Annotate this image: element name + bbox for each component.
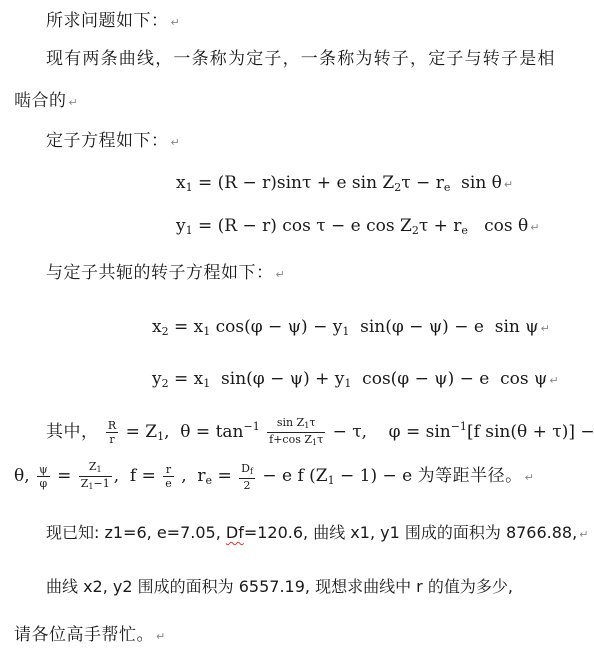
equation-x1: x1 = (R − r)sinτ + e sin Z2τ − re sin θ↵ [176, 172, 513, 199]
given-text: 曲线 x2, y2 围成的面积为 6557.19, 现想求曲线中 r 的值为多少… [46, 577, 513, 596]
frac-den: f+cos Z1τ [267, 433, 325, 449]
eq-x2-lhs: x [152, 317, 162, 337]
paragraph-mark-icon: ↵ [525, 471, 534, 484]
stator-label: 定子方程如下：↵ [46, 130, 180, 154]
eq-sup: −1 [244, 420, 260, 433]
closing-line: 请各位高手帮忙。↵ [14, 624, 166, 648]
eq-text: = [52, 466, 77, 486]
eq-text: , f = [114, 466, 162, 486]
paragraph-mark-icon: ↵ [579, 528, 588, 541]
question-heading: 所求问题如下：↵ [46, 10, 180, 34]
fraction-theta: sin Z1τf+cos Z1τ [267, 416, 325, 449]
paragraph-mark-icon: ↵ [171, 136, 181, 149]
paragraph-mark-icon: ↵ [171, 16, 181, 29]
eq-text: = Z [120, 422, 157, 442]
eq-y2-lhs-sub: 2 [162, 377, 169, 390]
stator-label-text: 定子方程如下： [46, 131, 169, 151]
eq-sub: 1 [328, 474, 335, 487]
frac-num: ψ [37, 463, 50, 477]
intro-text-1: 现有两条曲线，一条称为定子，一条称为转子，定子与转子是相 [46, 49, 556, 69]
frac-text: Z [89, 460, 97, 473]
frac-den: 2 [239, 479, 255, 492]
equation-y1: y1 = (R − r) cos τ − e cos Z2τ + re cos … [176, 215, 539, 242]
eq-x1-lhs-sub: 1 [186, 181, 193, 194]
eq-y2-p2: sin(φ − ψ) + y [210, 369, 344, 389]
frac-text: τ [309, 416, 315, 429]
fraction-R-over-r: Rr [106, 419, 118, 446]
eq-y2-lhs: y [152, 369, 162, 389]
frac-text: f+cos Z [269, 433, 312, 446]
paragraph-mark-icon: ↵ [504, 178, 513, 191]
fraction-z1: Z1Z1−1 [79, 460, 112, 493]
frac-sub: f [250, 467, 253, 476]
equation-x2: x2 = x1 cos(φ − ψ) − y1 sin(φ − ψ) − e s… [152, 316, 550, 343]
frac-num: r [163, 463, 174, 477]
eq-y1-part3: cos θ [468, 216, 528, 236]
given-text: 现已知: z1=6, e=7.05, [46, 523, 226, 542]
frac-text: sin Z [277, 416, 304, 429]
frac-text: τ [317, 433, 323, 446]
eq-x2-p3: sin(φ − ψ) − e sin ψ [349, 317, 538, 337]
fraction-df-over-2: Df2 [239, 462, 255, 492]
frac-text: D [241, 462, 250, 475]
where-prefix: 其中， [46, 422, 99, 442]
fraction-psi-over-phi: ψφ [37, 463, 50, 490]
eq-x2-p1: = x [169, 317, 204, 337]
eq-text: − 1) − e [335, 466, 418, 486]
eq-y1-lhs: y [176, 216, 186, 236]
eq-description: 为等距半径。 [418, 466, 523, 486]
paragraph-mark-icon: ↵ [541, 322, 550, 335]
eq-x2-lhs-sub: 2 [162, 325, 169, 338]
eq-x2-p2: cos(φ − ψ) − y [210, 317, 342, 337]
eq-text: , r [176, 466, 206, 486]
eq-x1-part3: sin θ [450, 173, 502, 193]
intro-paragraph-line1: 现有两条曲线，一条称为定子，一条称为转子，定子与转子是相 [46, 48, 556, 70]
rotor-label: 与定子共轭的转子方程如下：↵ [46, 262, 285, 286]
eq-x1-part1: = (R − r)sinτ + e sin Z [193, 173, 395, 193]
paragraph-mark-icon: ↵ [549, 374, 558, 387]
where-clause-line2: θ, ψφ = Z1Z1−1, f = re , re = Df2 − e f … [14, 460, 534, 496]
paragraph-mark-icon: ↵ [69, 96, 79, 109]
equation-y2: y2 = x1 sin(φ − ψ) + y1 cos(φ − ψ) − e c… [152, 368, 559, 395]
frac-text: −1 [94, 477, 110, 490]
frac-num: Df [239, 462, 255, 479]
fraction-r-over-e: re [163, 463, 174, 490]
spellcheck-word: Df [226, 523, 244, 542]
eq-text: , θ = tan [164, 422, 243, 442]
heading-text: 所求问题如下： [46, 11, 169, 31]
frac-num: Z1 [79, 460, 112, 477]
frac-num: R [106, 419, 118, 433]
frac-den: r [106, 433, 118, 446]
eq-text: = [212, 466, 237, 486]
eq-text: − τ, φ = sin [327, 422, 451, 442]
eq-sup: −1 [451, 420, 467, 433]
eq-y1-sub: 2 [412, 224, 419, 237]
eq-text: − e f (Z [257, 466, 328, 486]
intro-text-2: 啮合的 [14, 91, 67, 111]
paragraph-mark-icon: ↵ [276, 268, 286, 281]
eq-text: [f sin(θ + τ)] − [467, 422, 594, 442]
frac-den: Z1−1 [79, 477, 112, 493]
eq-y1-part1: = (R − r) cos τ − e cos Z [193, 216, 412, 236]
eq-x1-lhs: x [176, 173, 186, 193]
eq-text: θ, [14, 466, 35, 486]
frac-den: e [163, 477, 174, 490]
paragraph-mark-icon: ↵ [530, 221, 539, 234]
eq-y1-part2: τ + r [419, 216, 462, 236]
given-values-line1: 现已知: z1=6, e=7.05, Df=120.6, 曲线 x1, y1 围… [46, 522, 588, 546]
eq-y2-p1: = x [169, 369, 204, 389]
given-values-line2: 曲线 x2, y2 围成的面积为 6557.19, 现想求曲线中 r 的值为多少… [46, 576, 513, 598]
intro-paragraph-line2: 啮合的↵ [14, 90, 78, 114]
rotor-label-text: 与定子共轭的转子方程如下： [46, 263, 274, 283]
paragraph-mark-icon: ↵ [156, 630, 166, 643]
eq-y2-p3: cos(φ − ψ) − e cos ψ [351, 369, 547, 389]
eq-x1-part2: τ − r [401, 173, 444, 193]
eq-y1-lhs-sub: 1 [186, 224, 193, 237]
where-clause-line1: 其中， Rr = Z1, θ = tan−1 sin Z1τf+cos Z1τ … [46, 412, 594, 452]
frac-sub: 1 [97, 465, 102, 474]
closing-text: 请各位高手帮忙。 [14, 625, 154, 645]
frac-num: sin Z1τ [267, 416, 325, 433]
frac-den: φ [37, 477, 50, 490]
given-text: =120.6, 曲线 x1, y1 围成的面积为 8766.88, [244, 523, 577, 542]
